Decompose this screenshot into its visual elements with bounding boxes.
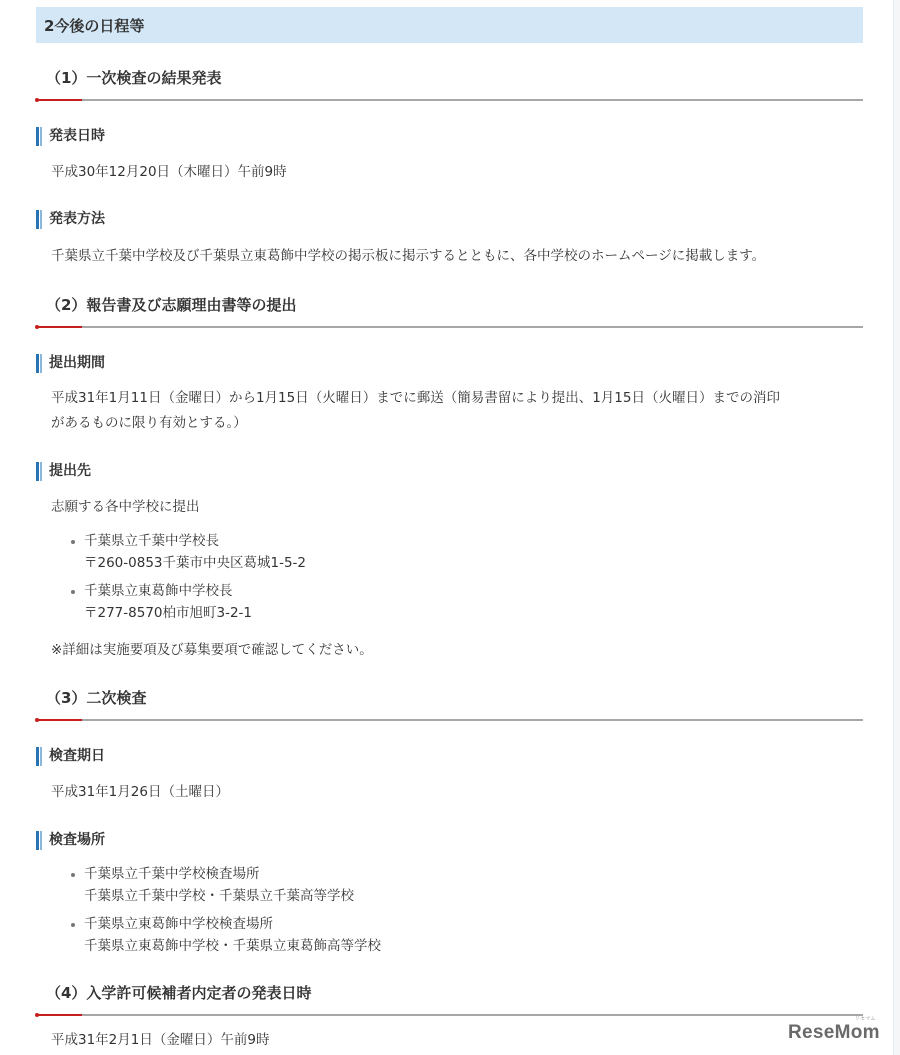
item-heading-announce-method: 発表方法	[36, 208, 863, 230]
heading-rule	[36, 719, 863, 721]
list-item-line2: 〒277-8570柏市旭町3-2-1	[84, 602, 863, 624]
heading-rule	[36, 1014, 863, 1016]
list-item: 千葉県立千葉中学校長 〒260-0853千葉市中央区葛城1-5-2	[71, 530, 863, 574]
heading-dot	[35, 718, 39, 722]
heading-accent	[36, 1014, 82, 1016]
heading-marker-icon-secondary	[40, 831, 42, 850]
resemom-logo: リセマム ReseMom	[788, 1022, 880, 1044]
item-heading-text: 発表方法	[49, 211, 105, 227]
item-heading-text: 検査場所	[49, 832, 105, 848]
item-heading-text: 提出期間	[49, 355, 105, 371]
subsection-heading-4: （4）入学許可候補者内定者の発表日時	[36, 982, 863, 1016]
submission-note: ※詳細は実施要項及び募集要項で確認してください。	[36, 638, 863, 662]
heading-marker-icon-secondary	[40, 462, 42, 481]
bullet-icon	[71, 923, 75, 927]
subsection-heading-text: （1）一次検査の結果発表	[46, 69, 221, 87]
heading-accent	[36, 99, 82, 101]
announce-datetime-text: 平成30年12月20日（木曜日）午前9時	[36, 160, 863, 184]
heading-marker-icon-secondary	[40, 747, 42, 766]
heading-marker-icon-secondary	[40, 210, 42, 229]
list-item-line2: 千葉県立千葉中学校・千葉県立千葉高等学校	[84, 885, 863, 907]
subsection-heading-2: （2）報告書及び志願理由書等の提出	[36, 294, 863, 328]
heading-rule	[36, 99, 863, 101]
submission-destination-intro: 志願する各中学校に提出	[36, 495, 863, 519]
item-heading-text: 発表日時	[49, 128, 105, 144]
logo-text: ReseMom	[788, 1022, 880, 1043]
subsection-heading-text: （3）二次検査	[46, 689, 146, 707]
heading-marker-icon	[36, 831, 39, 850]
subsection-heading-text: （4）入学許可候補者内定者の発表日時	[46, 984, 311, 1002]
item-heading-submission-destination: 提出先	[36, 460, 863, 482]
heading-marker-icon	[36, 747, 39, 766]
schedule-section: 2今後の日程等 （1）一次検査の結果発表 発表日時 平成30年12月20日（木曜…	[36, 0, 863, 43]
bullet-icon	[71, 873, 75, 877]
heading-marker-icon	[36, 354, 39, 373]
heading-accent	[36, 326, 82, 328]
bullet-icon	[71, 540, 75, 544]
list-item: 千葉県立東葛飾中学校検査場所 千葉県立東葛飾中学校・千葉県立東葛飾高等学校	[71, 913, 863, 957]
announce-method-text: 千葉県立千葉中学校及び千葉県立東葛飾中学校の掲示板に掲示するとともに、各中学校の…	[36, 244, 863, 268]
section-title: 2今後の日程等	[36, 7, 863, 43]
logo-ruby: リセマム	[855, 1015, 876, 1022]
subsection-heading-3: （3）二次検査	[36, 687, 863, 721]
item-heading-text: 提出先	[49, 463, 91, 479]
submission-destination-list: 千葉県立千葉中学校長 〒260-0853千葉市中央区葛城1-5-2 千葉県立東葛…	[36, 530, 863, 630]
heading-dot	[35, 1013, 39, 1017]
bullet-icon	[71, 590, 75, 594]
item-heading-announce-datetime: 発表日時	[36, 125, 863, 147]
exam-location-list: 千葉県立千葉中学校検査場所 千葉県立千葉中学校・千葉県立千葉高等学校 千葉県立東…	[36, 863, 863, 963]
submission-period-text-line2: があるものに限り有効とする。）	[36, 411, 863, 435]
item-heading-text: 検査期日	[49, 748, 105, 764]
list-item-line1: 千葉県立千葉中学校検査場所	[84, 863, 863, 885]
list-item-line1: 千葉県立東葛飾中学校検査場所	[84, 913, 863, 935]
heading-marker-icon-secondary	[40, 354, 42, 373]
heading-marker-icon	[36, 127, 39, 146]
subsection-heading-1: （1）一次検査の結果発表	[36, 67, 863, 101]
heading-accent	[36, 719, 82, 721]
list-item-line1: 千葉県立千葉中学校長	[84, 530, 863, 552]
heading-marker-icon-secondary	[40, 127, 42, 146]
heading-marker-icon	[36, 462, 39, 481]
list-item-line2: 千葉県立東葛飾中学校・千葉県立東葛飾高等学校	[84, 935, 863, 957]
heading-marker-icon	[36, 210, 39, 229]
candidate-announce-text: 平成31年2月1日（金曜日）午前9時	[36, 1028, 863, 1052]
item-heading-exam-location: 検査場所	[36, 829, 863, 851]
exam-date-text: 平成31年1月26日（土曜日）	[36, 780, 863, 804]
submission-period-text-line1: 平成31年1月11日（金曜日）から1月15日（火曜日）までに郵送（簡易書留により…	[36, 386, 863, 410]
list-item-line1: 千葉県立東葛飾中学校長	[84, 580, 863, 602]
list-item-line2: 〒260-0853千葉市中央区葛城1-5-2	[84, 552, 863, 574]
subsection-heading-text: （2）報告書及び志願理由書等の提出	[46, 296, 296, 314]
item-heading-exam-date: 検査期日	[36, 745, 863, 767]
item-heading-submission-period: 提出期間	[36, 352, 863, 374]
heading-dot	[35, 325, 39, 329]
heading-dot	[35, 98, 39, 102]
heading-rule	[36, 326, 863, 328]
list-item: 千葉県立東葛飾中学校長 〒277-8570柏市旭町3-2-1	[71, 580, 863, 624]
page-edge	[893, 0, 900, 1055]
list-item: 千葉県立千葉中学校検査場所 千葉県立千葉中学校・千葉県立千葉高等学校	[71, 863, 863, 907]
